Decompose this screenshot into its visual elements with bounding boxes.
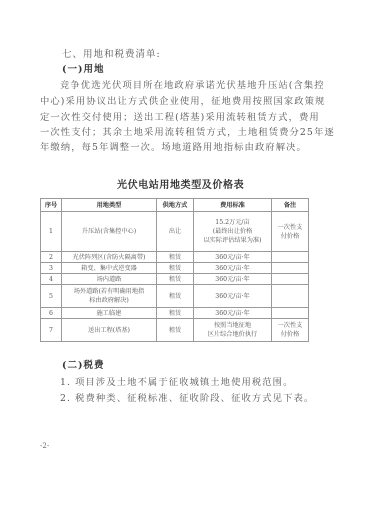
- table-row: 2 光伏阵列区(含防火隔离带) 租赁 360元/亩·年: [41, 252, 309, 263]
- cell-no: 7: [41, 319, 62, 342]
- tax-item: 2. 税费种类、征税标准、征收阶段、征收方式见下表。: [60, 390, 314, 404]
- cell-no: 6: [41, 308, 62, 319]
- header-method: 供地方式: [157, 199, 194, 212]
- cell-fee: 15.2万元/亩 (最终出让价格 以实际评估结果为准): [194, 212, 272, 252]
- cell-fee: 360元/亩·年: [194, 263, 272, 274]
- table-row: 1 升压站(含集控中心) 出让 15.2万元/亩 (最终出让价格 以实际评估结果…: [41, 212, 309, 252]
- cell-note: [272, 274, 309, 285]
- cell-note: 一次性支 付价格: [272, 319, 309, 342]
- table-row: 4 场内道路 租赁 360元/亩·年: [41, 274, 309, 285]
- tax-item: 1. 项目涉及土地不属于征收城镇土地使用税范围。: [60, 374, 293, 388]
- table-row: 6 施工临建 租赁 360元/亩·年: [41, 308, 309, 319]
- cell-type: 光伏阵列区(含防火隔离带): [62, 252, 157, 263]
- paragraph-line: 中心)采用协议出让方式供企业使用，征地费用按照国家政策规: [40, 93, 325, 107]
- cell-type: 施工临建: [62, 308, 157, 319]
- table-row: 3 箱变、集中式逆变器 租赁 360元/亩·年: [41, 263, 309, 274]
- table-row: 7 送出工程(塔基) 租赁 按照当地征地 区片综合地价执行 一次性支 付价格: [41, 319, 309, 342]
- cell-method: 租赁: [157, 263, 194, 274]
- page-number: -2-: [40, 442, 49, 450]
- subheading-land: (一)用地: [62, 61, 105, 75]
- header-fee: 费用标准: [194, 199, 272, 212]
- land-price-table: 序号 用地类型 供地方式 费用标准 备注 1 升压站(含集控中心) 出让 15.…: [40, 198, 309, 342]
- cell-note: [272, 308, 309, 319]
- cell-type: 箱变、集中式逆变器: [62, 263, 157, 274]
- cell-no: 1: [41, 212, 62, 252]
- cell-fee: 按照当地征地 区片综合地价执行: [194, 319, 272, 342]
- paragraph-line: 一次性支付；其余土地采用流转租赁方式，土地租赁费分25年逐: [40, 124, 335, 138]
- cell-type: 送出工程(塔基): [62, 319, 157, 342]
- table-header-row: 序号 用地类型 供地方式 费用标准 备注: [41, 199, 309, 212]
- cell-fee: 360元/亩·年: [194, 285, 272, 308]
- header-type: 用地类型: [62, 199, 157, 212]
- section-heading: 七、用地和税费清单:: [62, 46, 161, 60]
- table-row: 5 场外道路(若有明确用地指 标由政府解决) 租赁 360元/亩·年: [41, 285, 309, 308]
- cell-fee: 360元/亩·年: [194, 274, 272, 285]
- cell-fee: 360元/亩·年: [194, 252, 272, 263]
- cell-no: 5: [41, 285, 62, 308]
- header-note: 备注: [272, 199, 309, 212]
- cell-no: 4: [41, 274, 62, 285]
- cell-method: 租赁: [157, 308, 194, 319]
- header-no: 序号: [41, 199, 62, 212]
- cell-type: 升压站(含集控中心): [62, 212, 157, 252]
- cell-method: 租赁: [157, 285, 194, 308]
- paragraph-line: 定一次性交付使用；送出工程(塔基)采用流转租赁方式，费用: [40, 109, 320, 123]
- cell-note: 一次性支 付价格: [272, 212, 309, 252]
- cell-note: [272, 252, 309, 263]
- cell-no: 2: [41, 252, 62, 263]
- paragraph-line: 年缴纳，每5年调整一次。场地道路用地指标由政府解决。: [40, 139, 307, 153]
- cell-type: 场外道路(若有明确用地指 标由政府解决): [62, 285, 157, 308]
- cell-note: [272, 285, 309, 308]
- cell-method: 出让: [157, 212, 194, 252]
- cell-method: 租赁: [157, 252, 194, 263]
- cell-method: 租赁: [157, 319, 194, 342]
- cell-note: [272, 263, 309, 274]
- cell-no: 3: [41, 263, 62, 274]
- paragraph-line: 竞争优选光伏项目所在地政府承诺光伏基地升压站(含集控: [60, 77, 325, 91]
- cell-type: 场内道路: [62, 274, 157, 285]
- subheading-tax: (二)税费: [62, 357, 105, 371]
- cell-method: 租赁: [157, 274, 194, 285]
- cell-fee: 360元/亩·年: [194, 308, 272, 319]
- table-title: 光伏电站用地类型及价格表: [117, 176, 244, 191]
